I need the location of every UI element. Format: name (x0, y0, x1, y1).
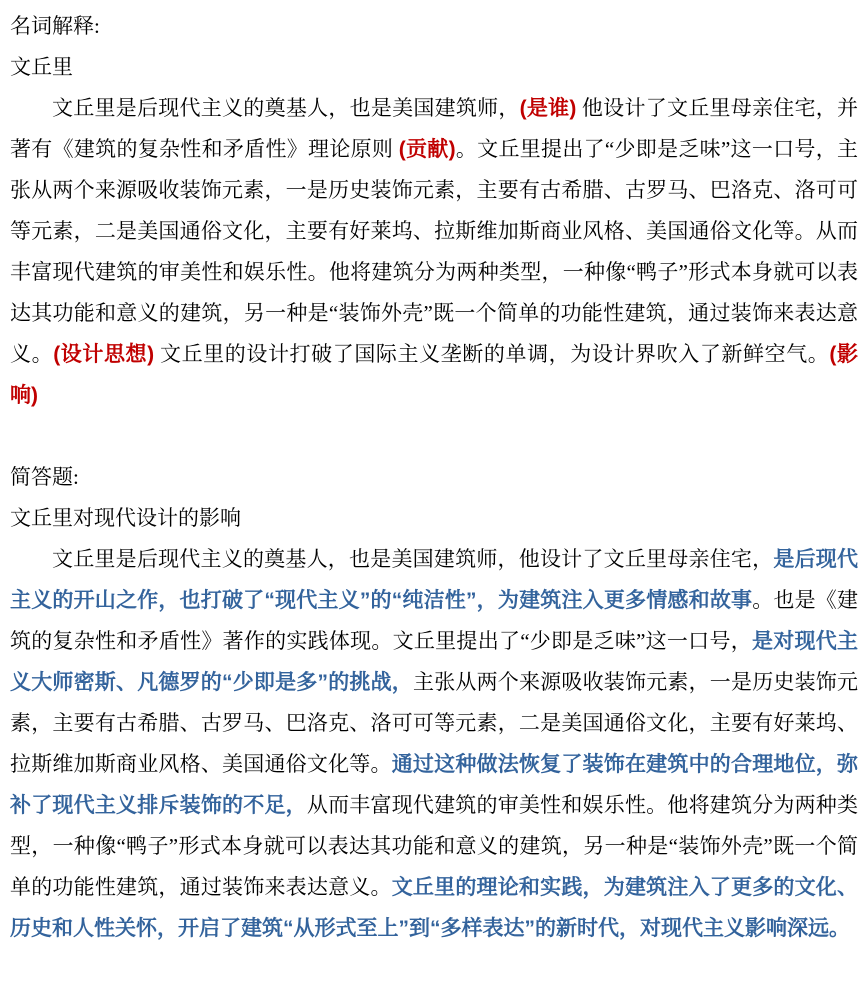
noun-section-term: 文丘里 (10, 47, 858, 88)
noun-explanation-section: 名词解释: 文丘里 文丘里是后现代主义的奠基人，也是美国建筑师，(是谁) 他设计… (10, 6, 858, 416)
short-answer-section: 简答题: 文丘里对现代设计的影响 文丘里是后现代主义的奠基人，也是美国建筑师，他… (10, 457, 858, 949)
noun-section-paragraph: 文丘里是后现代主义的奠基人，也是美国建筑师，(是谁) 他设计了文丘里母亲住宅，并… (10, 88, 858, 416)
red-annotation-contribution: (贡献) (399, 138, 456, 161)
noun-section-heading: 名词解释: (10, 6, 858, 47)
document-page: { "colors": { "background": "#FFFFFF", "… (0, 0, 868, 998)
text-run: 文丘里的设计打破了国际主义垄断的单调，为设计界吹入了新鲜空气。 (154, 342, 829, 366)
text-run: 。文丘里提出了“少即是乏味”这一口号，主张从两个来源吸收装饰元素，一是历史装饰元… (10, 137, 858, 366)
red-annotation-who: (是谁) (520, 97, 577, 120)
short-answer-paragraph: 文丘里是后现代主义的奠基人，也是美国建筑师，他设计了文丘里母亲住宅，是后现代主义… (10, 539, 858, 949)
text-run: 文丘里是后现代主义的奠基人，也是美国建筑师，他设计了文丘里母亲住宅， (52, 547, 773, 571)
short-answer-question: 文丘里对现代设计的影响 (10, 498, 858, 539)
text-run: 文丘里是后现代主义的奠基人，也是美国建筑师， (52, 96, 520, 120)
red-annotation-design-thought: (设计思想) (53, 343, 154, 366)
short-answer-heading: 简答题: (10, 457, 858, 498)
section-spacer (10, 416, 858, 457)
